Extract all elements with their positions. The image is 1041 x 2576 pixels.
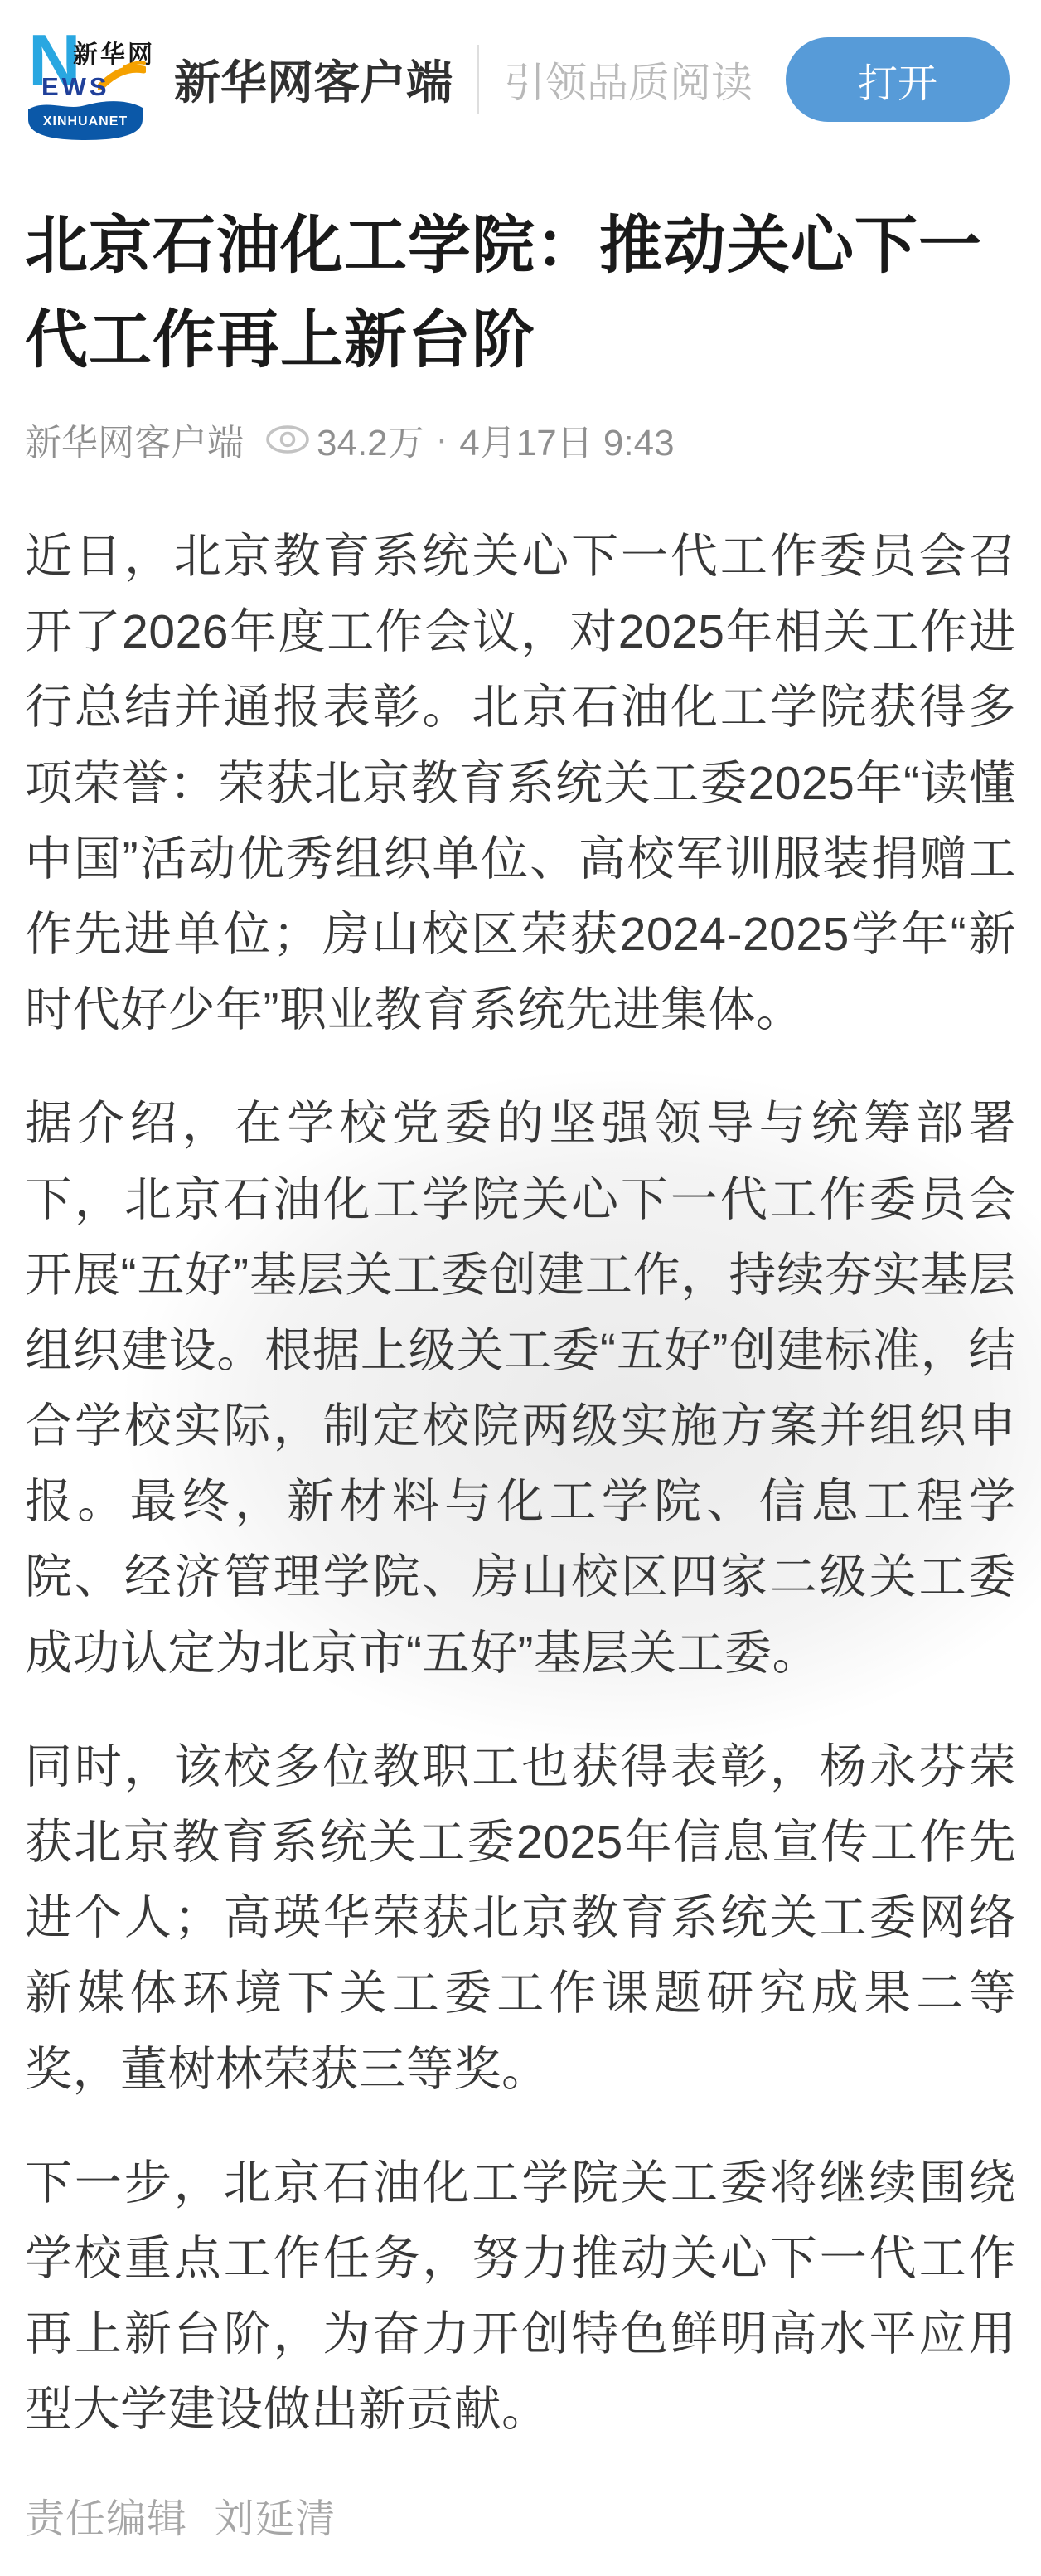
views-eye-icon bbox=[265, 424, 310, 455]
article-paragraph: 近日，北京教育系统关心下一代工作委员会召开了2026年度工作会议，对2025年相… bbox=[25, 519, 1016, 1048]
editor-label: 责任编辑 bbox=[25, 2497, 187, 2541]
app-promo-header: N 新华网 EWS XINHUANET 新华网客户端 引领 bbox=[0, 0, 1041, 158]
xinhuanet-logo[interactable]: N 新华网 EWS XINHUANET bbox=[20, 14, 151, 145]
article-source: 新华网客户端 bbox=[25, 413, 244, 466]
article-page: N 新华网 EWS XINHUANET 新华网客户端 引领 bbox=[0, 0, 1041, 2576]
publish-time: 4月17日 9:43 bbox=[459, 413, 674, 466]
logo-banner-text: XINHUANET bbox=[28, 114, 143, 129]
article-byline: 新华网客户端 34.2万 · 4月17日 9:43 bbox=[25, 413, 1016, 466]
view-count: 34.2万 bbox=[317, 413, 424, 466]
article-title: 北京石油化工学院：推动关心下一代工作再上新台阶 bbox=[25, 199, 1016, 388]
editor-name: 刘延清 bbox=[214, 2497, 336, 2541]
article-paragraph: 下一步，北京石油化工学院关工委将继续围绕学校重点工作任务，努力推动关心下一代工作… bbox=[25, 2146, 1016, 2448]
article-body: 近日，北京教育系统关心下一代工作委员会召开了2026年度工作会议，对2025年相… bbox=[25, 519, 1016, 2448]
header-divider bbox=[477, 45, 479, 114]
app-name: 新华网客户端 bbox=[174, 46, 453, 113]
article-paragraph: 据介绍，在学校党委的坚强领导与统筹部署下，北京石油化工学院关心下一代工作委员会开… bbox=[25, 1086, 1016, 1691]
article-paragraph: 同时，该校多位教职工也获得表彰，杨永芬荣获北京教育系统关工委2025年信息宣传工… bbox=[25, 1729, 1016, 2108]
editor-credit: 责任编辑 刘延清 bbox=[25, 2486, 1016, 2544]
open-app-button[interactable]: 打开 bbox=[786, 37, 1010, 122]
app-tagline: 引领品质阅读 bbox=[504, 50, 753, 109]
meta-separator: · bbox=[436, 419, 448, 460]
logo-banner: XINHUANET bbox=[28, 97, 143, 140]
